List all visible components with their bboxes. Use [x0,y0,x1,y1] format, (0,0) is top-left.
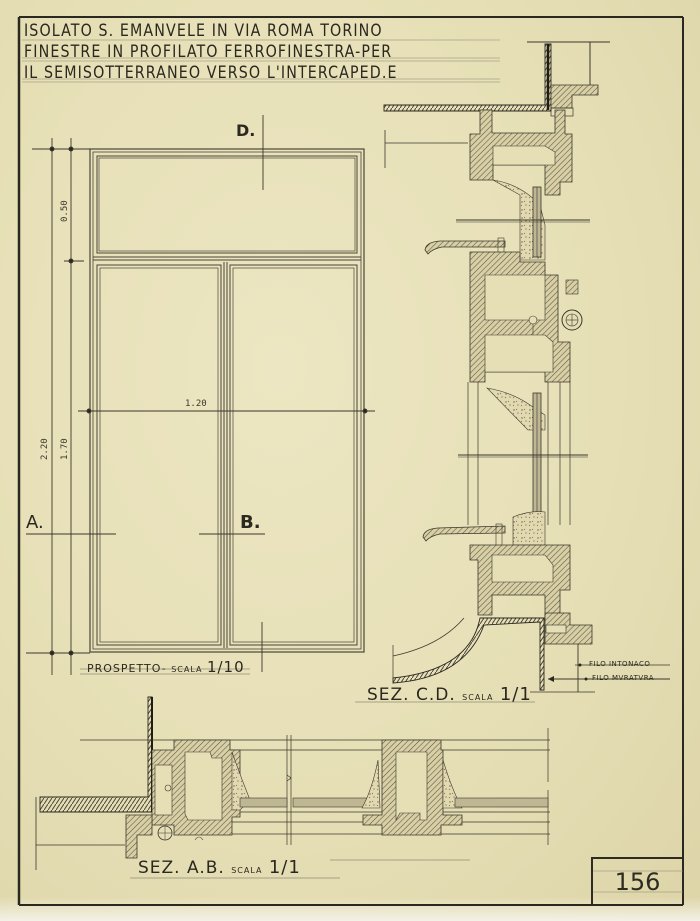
sheet-border [19,17,683,905]
sheet-number: 156 [615,868,661,896]
elevation-caption-scale-word: SCALA [171,665,202,674]
title-line-1: ISOLATO S. EMANVELE IN VIA ROMA TORINO [24,21,383,41]
title-line-2: FINESTRE IN PROFILATO FERROFINESTRA-PER [24,42,392,62]
dimension-width: 1.20 [185,399,207,409]
sheet-number-box: 156 [591,857,682,904]
elevation-dimensions [26,115,375,675]
section-mark-a: A. [26,512,44,533]
section-mark-b: B. [240,512,261,533]
section-mark-d: D. [236,121,255,140]
dimension-total-height: 2.20 [40,438,50,460]
annotation-masonry-line: FILO MVRATVRA [592,674,654,682]
title-line-3: IL SEMISOTTERRANEO VERSO L'INTERCAPED.E [24,63,398,83]
elevation-caption-scale: 1/10 [207,658,245,676]
section-ab-caption-main: SEZ. A.B. [138,858,225,878]
section-ab-caption-scale-word: SCALA [231,866,262,875]
dimension-lower-height: 1.70 [60,438,70,460]
section-ab-drawing [36,697,550,878]
annotation-plaster-line: FILO INTONACO [589,660,650,668]
technical-drawing [0,0,700,921]
section-ab-caption-scale: 1/1 [269,857,301,878]
section-cd-caption-scale: 1/1 [500,684,532,705]
section-ab-caption: SEZ. A.B. SCALA 1/1 [138,857,301,878]
elevation-caption: PROSPETTO- SCALA 1/10 [87,658,245,676]
section-cd-caption: SEZ. C.D. SCALA 1/1 [367,684,532,705]
dimension-transom-height: 0.50 [60,200,70,222]
elevation-caption-main: PROSPETTO- [87,662,167,675]
section-cd-caption-main: SEZ. C.D. [367,685,456,705]
section-cd-drawing [355,42,670,702]
elevation-drawing [90,149,364,652]
section-cd-caption-scale-word: SCALA [462,693,493,702]
